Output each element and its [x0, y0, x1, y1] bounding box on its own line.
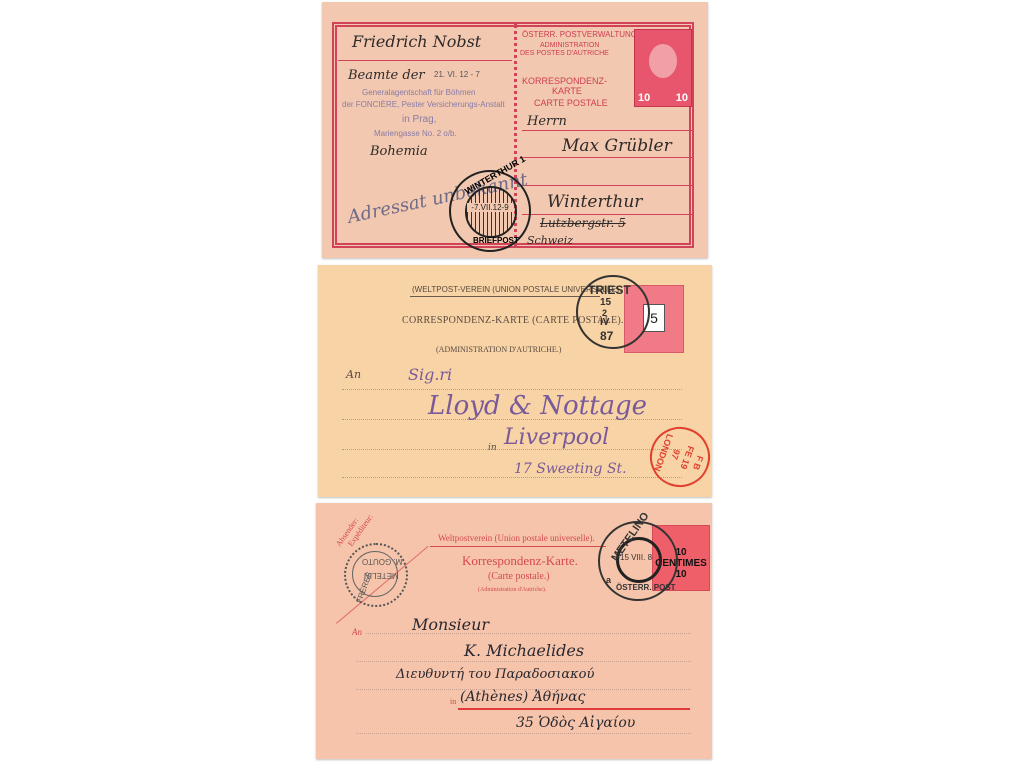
sender-country: Bohemia: [370, 144, 428, 159]
stamp-value-left: 10: [638, 92, 650, 104]
sender-stamp-line-3: in Prag,: [402, 114, 436, 125]
address-line: [522, 185, 692, 186]
stamp-value-right: 10: [676, 92, 688, 104]
recipient-name: K. Michaelides: [464, 641, 584, 660]
in-label: in: [488, 443, 497, 453]
postmark-letter: a: [606, 575, 611, 585]
recipient-city: (Athènes) Ἀθήνας: [460, 689, 585, 705]
an-label: An: [346, 368, 361, 381]
recipient-name: Lloyd & Nottage: [428, 391, 647, 421]
union-header: Weltpostverein (Union postale universell…: [438, 533, 595, 543]
sender-seal: M. GOUTO METELIN FRÈRES: [344, 543, 408, 607]
header-rule: [430, 546, 606, 547]
recipient-salutation: Herrn: [527, 114, 567, 129]
seal-line-1: M. GOUTO: [362, 557, 402, 566]
postmark-day: 15: [600, 297, 611, 308]
recipient-city: Liverpool: [504, 425, 609, 450]
address-line: [522, 157, 692, 158]
recipient-name: Max Grübler: [562, 136, 672, 156]
admin-german: ÖSTERR. POSTVERWALTUNG: [522, 30, 637, 39]
emperor-portrait-icon: [649, 44, 677, 78]
admin-french-1: ADMINISTRATION: [540, 42, 599, 49]
sender-stamp-line-4: Mariengasse No. 2 o/b.: [374, 129, 457, 138]
red-underline: [458, 708, 690, 710]
postmark-month: IV: [600, 317, 609, 328]
an-label: An: [352, 627, 362, 637]
card-title-french: (Carte postale.): [488, 571, 550, 582]
address-line: [356, 661, 691, 662]
recipient-city: Winterthur: [547, 192, 642, 212]
recipient-street: 35 Ὁδὸς Αἰγαίου: [516, 715, 635, 731]
arrival-line-1: F B: [691, 454, 705, 471]
address-line: [342, 477, 682, 478]
recipient-line-3: Διευθυντή του Παραδοσιακού: [396, 667, 594, 682]
postmark-winterthur: -7.VII.12-9 WINTERTHUR 1 BRIEFPOST: [449, 170, 531, 252]
card-title-1: KORRESPONDENZ-: [522, 76, 607, 86]
sender-title: Beamte der: [348, 68, 425, 83]
postmark-date: 15 VIII. 8: [620, 553, 652, 562]
address-line: [522, 130, 692, 131]
postcard-1887-triest: (WELTPOST-VEREIN (UNION POSTALE UNIVERSE…: [318, 265, 712, 497]
imprinted-stamp: 1010: [634, 29, 692, 107]
postmark-year: 87: [600, 329, 613, 343]
sender-line: [338, 60, 512, 61]
in-label: in: [450, 697, 456, 706]
postmark-triest: TRIEST 15 2 IV 87: [576, 275, 650, 349]
postcard-1912-winterthur: ÖSTERR. POSTVERWALTUNG ADMINISTRATION DE…: [322, 2, 708, 258]
recipient-country: Schweiz: [527, 234, 573, 247]
recipient-street: 17 Sweeting St.: [514, 461, 627, 477]
postmark-metelino: METELINO 15 VIII. 8 ÖSTERR. POST a: [598, 521, 678, 601]
machine-cancel-date: 21. VI. 12 - 7: [434, 70, 480, 79]
sender-stamp-line-2: der FONCIÈRE, Pester Versicherungs-Ansta…: [342, 100, 505, 109]
postmark-town: TRIEST: [588, 283, 631, 297]
postmark-bottom: ÖSTERR. POST: [616, 583, 676, 592]
card-title: Korrespondenz-Karte.: [462, 553, 578, 569]
card-title-2: KARTE: [552, 86, 582, 96]
address-line: [356, 733, 691, 734]
address-line: [522, 214, 692, 215]
sender-name: Friedrich Nobst: [352, 32, 481, 51]
recipient-street: Lutzbergstr. 5: [540, 216, 626, 230]
postcard-metelino: Weltpostverein (Union postale universell…: [316, 503, 712, 759]
arrival-mark-london: F B FE 19 97 LONDON: [642, 419, 712, 496]
admin-line: (ADMINISTRATION D'AUTRICHE.): [436, 345, 561, 354]
address-line: [342, 389, 682, 390]
admin-french-2: DES POSTES D'AUTRICHE: [520, 50, 609, 57]
postmark-date: -7.VII.12-9: [467, 203, 513, 212]
header-rule: [410, 296, 600, 297]
recipient-salutation: Sig.ri: [408, 365, 452, 384]
admin-line: (Administration d'Autriche).: [478, 587, 546, 593]
recipient-salutation: Monsieur: [412, 615, 489, 634]
postmark-bottom: BRIEFPOST: [473, 236, 519, 245]
card-title-french: CARTE POSTALE: [534, 98, 608, 108]
sender-stamp-line-1: Generalagentschaft für Böhmen: [362, 88, 475, 97]
